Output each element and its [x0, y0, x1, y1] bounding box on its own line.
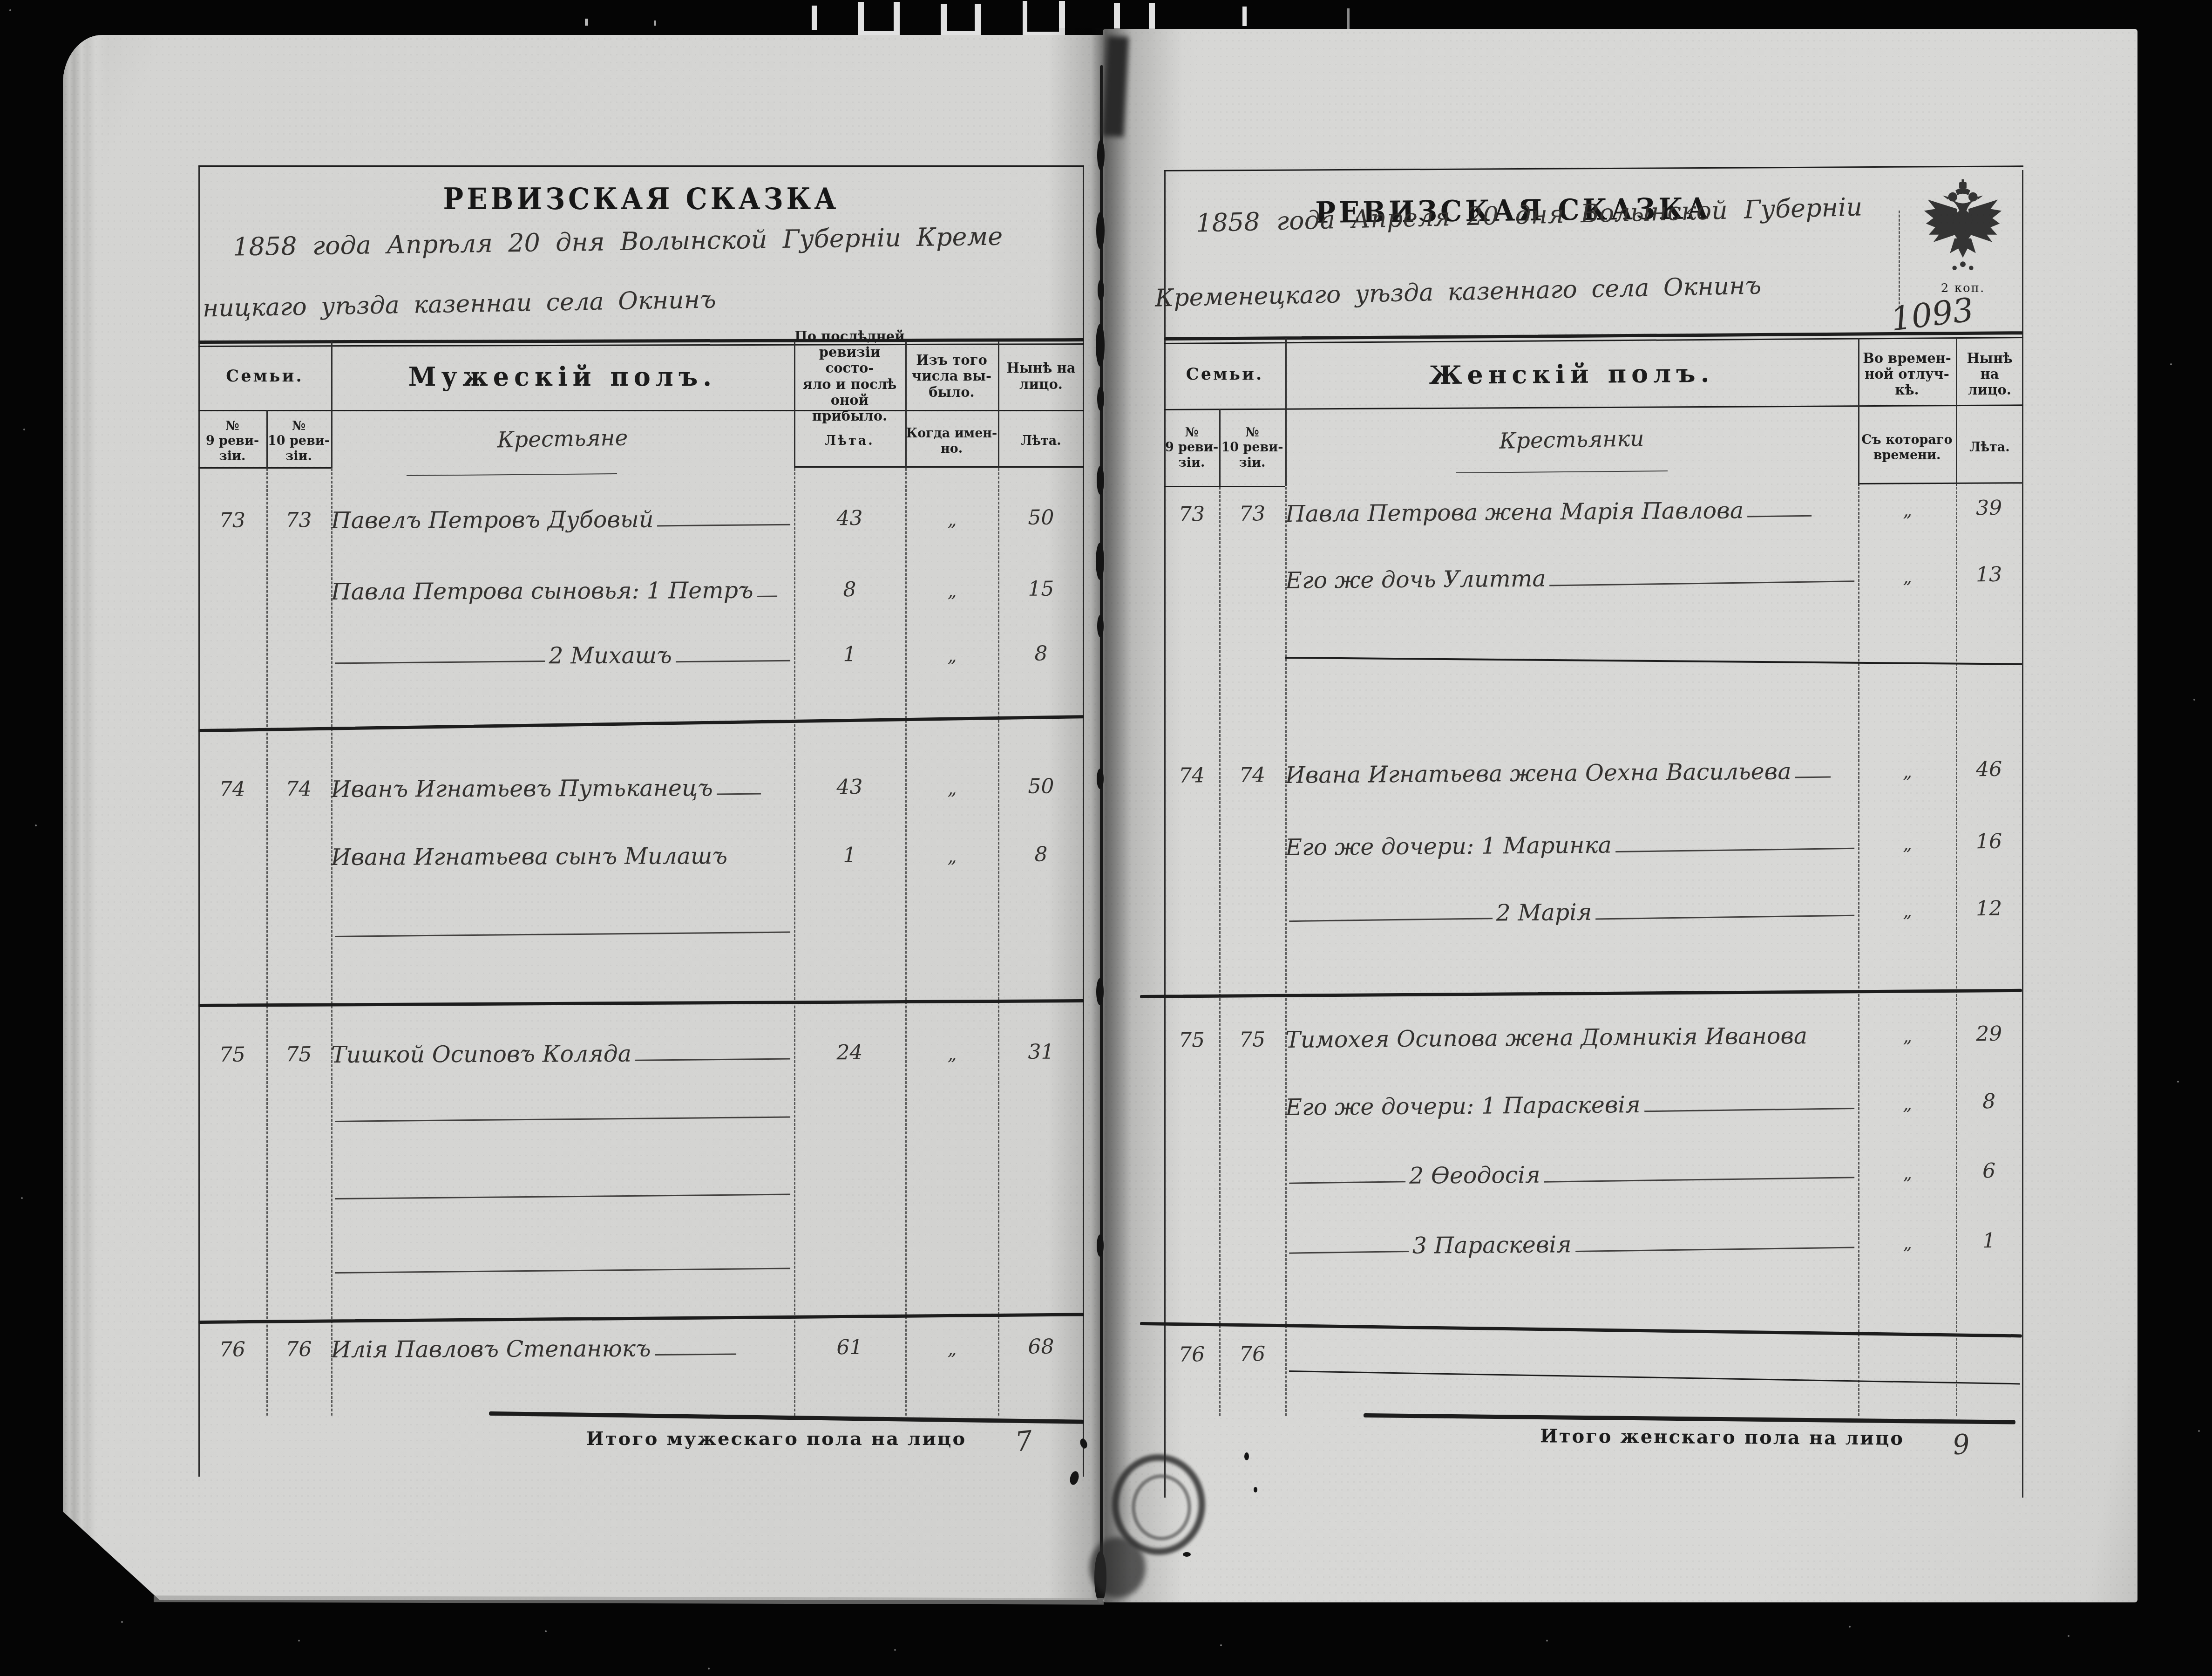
rev10-number: 73 — [1219, 486, 1286, 531]
ink-stain-ring-inner — [1132, 1474, 1191, 1540]
imperial-eagle-stamp — [1917, 179, 2009, 278]
name-underline — [1615, 848, 1854, 852]
since-ditto: „ — [1858, 481, 1956, 527]
since-ditto: „ — [1858, 1007, 1956, 1053]
age-now: 13 — [1956, 547, 2022, 593]
col-line-dashed — [1219, 487, 1221, 1416]
person-name: Ивана Игнатьева сынъ Милашъ — [331, 845, 727, 869]
since-ditto: „ — [1858, 882, 1956, 927]
date-line: 1858 года Апрѣля 20 дня Волынской Губерн… — [233, 221, 1003, 261]
table-row: 76 76 — [1164, 1321, 2022, 1372]
age-now: 6 — [1956, 1144, 2022, 1189]
name-underline — [1550, 580, 1854, 586]
subheader-rev9: № 9 реви- зіи. — [1164, 410, 1219, 486]
blank-underline — [335, 1194, 790, 1199]
subheader-years-now: Лѣта. — [998, 416, 1084, 467]
place-line: ницкаго уѣзда казеннаи села Окнинъ — [203, 286, 717, 322]
table-row: 74 74 Иванъ Игнатьевъ Путьканецъ 43 „ 50 — [198, 759, 1084, 807]
peasants-flourish-underline — [407, 473, 617, 476]
rev9-number: 74 — [198, 762, 266, 807]
subheader-years: Лѣта. — [1956, 410, 2023, 486]
name-underline — [1575, 1247, 1854, 1252]
rev10-number: 76 — [1219, 1327, 1286, 1372]
rev10-number: 75 — [1219, 1012, 1286, 1057]
since-ditto: „ — [1858, 1214, 1956, 1260]
subheader-rule-a — [198, 467, 331, 469]
rev9-number: 75 — [1164, 1013, 1220, 1058]
lead-underline — [1289, 918, 1493, 922]
person-name: Его же дочери: 1 Параскевія — [1285, 1093, 1641, 1119]
lead-underline — [1289, 1181, 1405, 1184]
when-ditto: „ — [905, 827, 998, 872]
rev10-number: 76 — [266, 1322, 331, 1367]
total-males-label: Итого мужескаго пола на лицо — [586, 1428, 966, 1450]
table-row: 76 76 Илія Павловъ Степанюкъ 61 „ 68 — [198, 1319, 1084, 1367]
blank-row-underline — [1289, 1370, 2020, 1384]
when-ditto: „ — [905, 1320, 998, 1365]
blank-underline — [335, 932, 790, 937]
name-underline — [757, 596, 777, 597]
rev10-number: 73 — [266, 493, 331, 538]
table-row: Его же дочери: 1 Параскевія „ 8 — [1164, 1074, 2022, 1125]
age-previous: 24 — [794, 1025, 905, 1070]
name-underline — [655, 1353, 736, 1356]
header-present: Нынѣ на лицо. — [1956, 339, 2023, 409]
table-row: 2 Марія „ 12 — [1164, 881, 2022, 933]
age-previous: 1 — [794, 828, 905, 873]
blank-underline — [335, 1117, 790, 1122]
family-separator — [1140, 989, 2022, 998]
rev9-number: 73 — [1164, 487, 1220, 532]
person-name: Тишкой Осиповъ Коляда — [331, 1042, 631, 1066]
film-edge-artifact — [654, 20, 656, 26]
person-name: Тимохея Осипова жена Домникія Иванова — [1285, 1024, 1807, 1051]
total-females-value: 9 — [1951, 1428, 1972, 1461]
table-row: Его же дочери: 1 Маринка „ 16 — [1164, 814, 2022, 865]
page-title: РЕВИЗСКАЯ СКАЗКА — [198, 182, 1084, 216]
page-right: РЕВИЗСКАЯ СКАЗКА 1858 года Апреля 20 дня… — [1103, 29, 2137, 1602]
when-ditto: „ — [905, 1025, 998, 1070]
stitch-knot — [1096, 978, 1104, 1005]
table-row: Ивана Игнатьева сынъ Милашъ 1 „ 8 — [198, 827, 1084, 875]
age-now: 12 — [1956, 881, 2022, 927]
stitch-knot — [1097, 387, 1104, 411]
subheader-rev9: № 9 реви- зіи. — [198, 416, 266, 467]
age-now: 50 — [998, 490, 1084, 535]
table-row: Павла Петрова сыновья: 1 Петръ 8 „ 15 — [198, 561, 1084, 609]
stitch-knot — [1097, 1234, 1104, 1257]
name-underline — [657, 524, 790, 527]
rev9-number: 73 — [198, 493, 266, 538]
person-name: 2 Ѳеодосія — [1409, 1164, 1540, 1187]
age-now: 50 — [998, 759, 1084, 804]
stitch-knot — [1097, 769, 1104, 789]
table-row: Его же дочь Улитта „ 13 — [1164, 547, 2022, 599]
table-row: 2 Михашъ 1 „ 8 — [198, 626, 1084, 674]
family-separator — [1285, 657, 2022, 665]
film-grain-specks — [9, 9, 11, 11]
age-now: 8 — [998, 626, 1084, 671]
age-now: 16 — [1956, 814, 2022, 859]
age-now: 31 — [998, 1024, 1084, 1070]
lead-underline — [335, 661, 545, 664]
since-ditto: „ — [1858, 743, 1956, 788]
name-underline — [1795, 777, 1831, 778]
name-underline — [1595, 915, 1854, 920]
age-now: 29 — [1956, 1007, 2022, 1052]
stitch-knot — [1097, 615, 1104, 637]
total-males-value: 7 — [1014, 1424, 1034, 1458]
stitch-knot — [1096, 212, 1105, 249]
name-underline — [1544, 1177, 1854, 1182]
header-male-sex: Мужескій полъ. — [331, 341, 794, 411]
subheader-when: Когда имен- но. — [905, 416, 998, 467]
table-row: 2 Ѳеодосія „ 6 — [1164, 1144, 2022, 1195]
name-underline — [1747, 515, 1812, 518]
person-name: Ивана Игнатьева жена Оехна Васильева — [1285, 760, 1791, 787]
person-name: Иванъ Игнатьевъ Путьканецъ — [331, 777, 713, 801]
table-row-blank — [198, 1083, 1084, 1131]
total-rule — [489, 1411, 1084, 1424]
rev10-number: 74 — [1219, 748, 1286, 793]
stitch-knot — [1096, 324, 1105, 367]
film-edge-artifact — [1242, 7, 1247, 26]
lead-underline — [1289, 1251, 1409, 1254]
age-now: 1 — [1956, 1213, 2022, 1259]
subheader-peasants: Крестьянки — [1285, 402, 1859, 477]
when-ditto: „ — [905, 562, 998, 607]
total-rule — [1364, 1413, 2015, 1424]
film-edge-artifact — [1023, 1, 1065, 40]
form-frame-top — [198, 165, 1084, 167]
subheader-since-when: Съ котораго времени. — [1858, 410, 1956, 486]
blank-underline — [335, 1268, 790, 1274]
spine-smudge-bottom — [1090, 1537, 1146, 1598]
person-name: 2 Марія — [1496, 901, 1592, 925]
col-line-dashed — [1956, 487, 1957, 1416]
age-previous: 1 — [794, 627, 905, 672]
film-edge-artifact — [941, 4, 981, 39]
header-last-revision: По послѣдней ревизіи состо- яло и послѣ … — [794, 342, 905, 410]
subheader-rev10: № 10 реви- зіи. — [1219, 410, 1285, 486]
age-previous: 61 — [794, 1320, 905, 1365]
since-ditto: „ — [1858, 548, 1956, 593]
when-ditto: „ — [905, 759, 998, 804]
rev10-number: 75 — [266, 1027, 331, 1072]
age-previous: 43 — [794, 760, 905, 805]
table-row: 3 Параскевія „ 1 — [1164, 1213, 2022, 1265]
stitch-knot — [1097, 140, 1105, 170]
rev9-number: 74 — [1164, 748, 1220, 793]
since-ditto: „ — [1858, 1144, 1956, 1190]
table-row: 75 75 Тишкой Осиповъ Коляда 24 „ 31 — [198, 1024, 1084, 1072]
ink-splatter — [1183, 1552, 1191, 1557]
scanned-book-spread: РЕВИЗСКАЯ СКАЗКА 1858 года Апрѣля 20 дня… — [0, 0, 2212, 1676]
stamp-box-line — [1899, 211, 1900, 308]
person-name: Илія Павловъ Степанюкъ — [331, 1337, 651, 1361]
table-row: 74 74 Ивана Игнатьева жена Оехна Василье… — [1164, 742, 2022, 793]
header-departed: Изъ того числа вы- было. — [905, 342, 998, 410]
header-absence: Во времен- ной отлуч- кѣ. — [1858, 339, 1956, 409]
table-row: 75 75 Тимохея Осипова жена Домникія Иван… — [1164, 1007, 2022, 1058]
person-name: 3 Параскевія — [1412, 1233, 1572, 1257]
rev10-number: 74 — [266, 762, 331, 806]
film-edge-artifact — [858, 2, 900, 39]
table-row: 73 73 Павелъ Петровъ Дубовый 43 „ 50 — [198, 490, 1084, 538]
stitch-knot — [1097, 466, 1104, 495]
film-edge-artifact — [812, 6, 817, 30]
ink-splatter — [1254, 1487, 1257, 1492]
age-now: 8 — [998, 827, 1084, 872]
person-name: Его же дочь Улитта — [1285, 567, 1546, 592]
person-name: Его же дочери: 1 Маринка — [1285, 833, 1612, 859]
age-now: 8 — [1956, 1074, 2022, 1119]
age-now: 15 — [998, 561, 1084, 606]
header-families: Семьи. — [1164, 339, 1285, 409]
film-edge-artifact — [585, 19, 588, 26]
when-ditto: „ — [905, 627, 998, 672]
subheader-rev10: № 10 реви- зіи. — [266, 416, 331, 467]
age-previous: 8 — [794, 562, 905, 607]
col-line-dashed — [1285, 487, 1287, 1416]
ink-splatter — [1244, 1452, 1249, 1460]
rev9-number: 76 — [1164, 1327, 1220, 1372]
rev9-number: 76 — [198, 1322, 266, 1367]
since-ditto: „ — [1858, 815, 1956, 860]
place-line: Кременецкаго уѣзда казеннаго села Окнинъ — [1155, 272, 1762, 312]
age-previous: 43 — [794, 491, 905, 536]
age-now: 46 — [1956, 742, 2022, 787]
person-name: Павла Петрова жена Марія Павлова — [1285, 499, 1744, 525]
person-name: 2 Михашъ — [549, 644, 672, 667]
table-row-blank — [198, 1161, 1084, 1209]
table-row-blank — [198, 899, 1084, 947]
name-underline — [717, 793, 761, 795]
form-frame-top — [1164, 165, 2023, 171]
subheader-years-prev: Лѣта. — [794, 416, 905, 467]
col-line-dashed — [1858, 487, 1859, 1416]
page-left: РЕВИЗСКАЯ СКАЗКА 1858 года Апрѣля 20 дня… — [63, 35, 1103, 1600]
table-row-blank — [198, 1235, 1084, 1283]
total-females-label: Итого женскаго пола на лицо — [1540, 1425, 1904, 1449]
subheader-peasants: Крестьяне — [331, 409, 794, 469]
person-name: Павла Петрова сыновья: 1 Петръ — [331, 579, 753, 603]
stitch-knot — [1098, 279, 1104, 301]
header-families: Семьи. — [198, 342, 331, 410]
name-underline — [1644, 1108, 1854, 1112]
when-ditto: „ — [905, 491, 998, 536]
name-underline — [676, 660, 790, 662]
stitch-knot — [1096, 543, 1104, 580]
header-present: Нынѣ на лицо. — [998, 342, 1084, 410]
age-now: 39 — [1956, 481, 2022, 526]
age-now: 68 — [998, 1319, 1084, 1364]
name-underline — [635, 1058, 790, 1061]
person-name: Павелъ Петровъ Дубовый — [331, 508, 654, 532]
header-female-sex: Женскій полъ. — [1285, 337, 1858, 411]
since-ditto: „ — [1858, 1075, 1956, 1120]
table-row: 73 73 Павла Петрова жена Марія Павлова „… — [1164, 481, 2022, 532]
rev9-number: 75 — [198, 1027, 266, 1072]
